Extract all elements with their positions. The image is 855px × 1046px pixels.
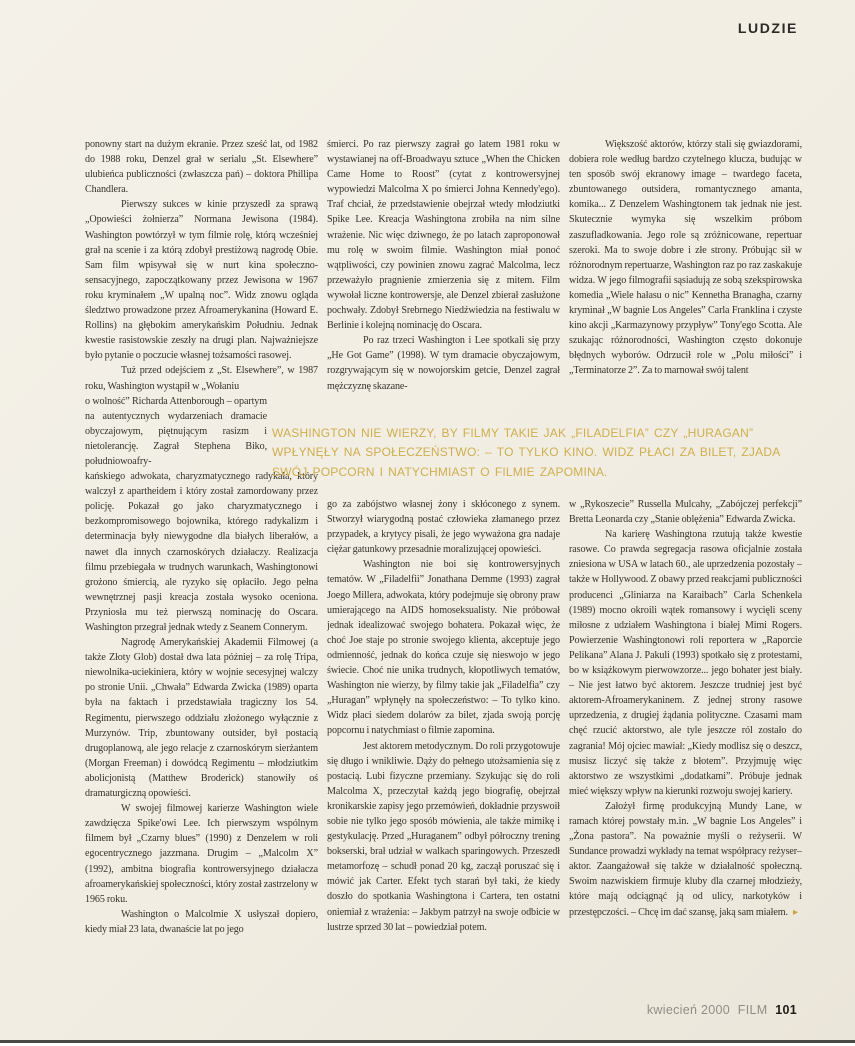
article-column-2-bottom: go za zabójstwo własnej żony i skłóconeg… xyxy=(327,497,560,935)
section-label: LUDZIE xyxy=(738,20,798,36)
paragraph: w „Rykoszecie” Russella Mulcahy, „Zabójc… xyxy=(569,497,802,527)
paragraph: W swojej filmowej karierze Washington wi… xyxy=(85,801,318,907)
paragraph: Pierwszy sukces w kinie przyszedł za spr… xyxy=(85,197,318,363)
paragraph: o wolność” Richarda Attenborough – opart… xyxy=(85,394,267,469)
paragraph: Nagrodę Amerykańskiej Akademii Filmowej … xyxy=(85,635,318,801)
paragraph: Tuż przed odejściem z „St. Elsewhere”, w… xyxy=(85,363,318,393)
paragraph: Założył firmę produkcyjną Mundy Lane, w … xyxy=(569,799,802,920)
page-bottom-edge xyxy=(0,1040,855,1043)
paragraph: Washington nie boi się kontrowersyjnych … xyxy=(327,557,560,738)
pull-quote: WASHINGTON NIE WIERZY, BY FILMY TAKIE JA… xyxy=(272,424,812,482)
paragraph: Washington o Malcolmie X usłyszał dopier… xyxy=(85,907,318,937)
paragraph: Jest aktorem metodycznym. Do roli przygo… xyxy=(327,739,560,935)
article-column-3-bottom: w „Rykoszecie” Russella Mulcahy, „Zabójc… xyxy=(569,497,802,920)
article-column-2-top: śmierci. Po raz pierwszy zagrał go latem… xyxy=(327,137,560,394)
paragraph: Na karierę Washingtona rzutują także kwe… xyxy=(569,527,802,799)
paragraph: kańskiego adwokata, charyzmatycznego rad… xyxy=(85,469,318,635)
footer-magazine: FILM xyxy=(738,1003,768,1017)
article-column-1: ponowny start na dużym ekranie. Przez sz… xyxy=(85,137,318,937)
paragraph: ponowny start na dużym ekranie. Przez sz… xyxy=(85,137,318,197)
page-footer: kwiecień 2000 FILM 101 xyxy=(643,1003,797,1017)
paragraph: go za zabójstwo własnej żony i skłóconeg… xyxy=(327,497,560,557)
article-column-3-top: Większość aktorów, którzy stali się gwia… xyxy=(569,137,802,379)
magazine-page: LUDZIE ponowny start na dużym ekranie. P… xyxy=(0,0,855,1040)
screenshot-root: { "page": { "section_label": "LUDZIE", "… xyxy=(0,0,855,1046)
paragraph: Większość aktorów, którzy stali się gwia… xyxy=(569,137,802,379)
footer-issue: kwiecień 2000 xyxy=(647,1003,730,1017)
footer-page-number: 101 xyxy=(775,1003,797,1017)
paragraph: śmierci. Po raz pierwszy zagrał go latem… xyxy=(327,137,560,333)
end-mark-icon: ▸ xyxy=(793,907,798,918)
paragraph: Po raz trzeci Washington i Lee spotkali … xyxy=(327,333,560,393)
